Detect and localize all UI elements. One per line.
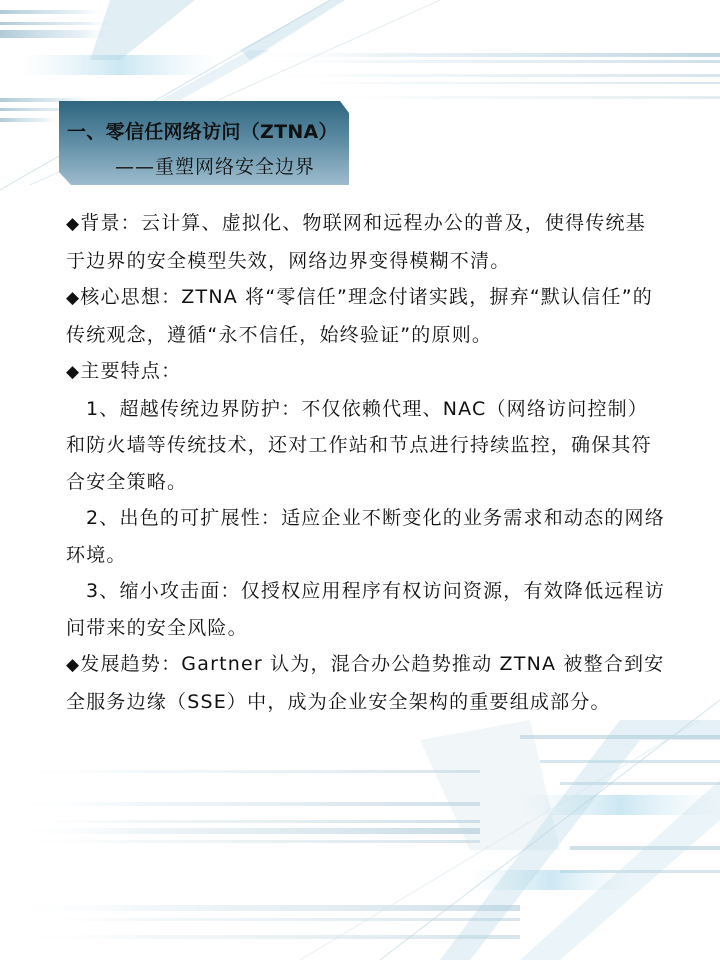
paragraph-text: 云计算、虚拟化、物联网和远程办公的普及，使得传统基于边界的安全模型失效，网络边界…: [66, 212, 646, 272]
section-title: 一、零信任网络访问（ZTNA）: [67, 117, 338, 144]
section-subtitle: ——重塑网络安全边界: [115, 152, 315, 179]
paragraph-label: 发展趋势：: [80, 653, 181, 675]
feature-number: 3、: [86, 580, 120, 602]
feature-label: 超越传统边界防护：: [120, 398, 302, 420]
feature-item: 3、缩小攻击面：仅授权应用程序有权访问资源，有效降低远程访问带来的安全风险。: [66, 573, 666, 646]
diamond-bullet-icon: ◆: [66, 214, 80, 234]
section-title-banner: 一、零信任网络访问（ZTNA） ——重塑网络安全边界: [59, 101, 349, 185]
paragraph-features-heading: ◆主要特点：: [66, 353, 666, 391]
feature-item: 1、超越传统边界防护：不仅依赖代理、NAC（网络访问控制）和防火墙等传统技术，还…: [66, 391, 666, 501]
paragraph-core-idea: ◆核心思想：ZTNA 将“零信任”理念付诸实践，摒弃“默认信任”的传统观念，遵循…: [66, 279, 666, 353]
feature-label: 出色的可扩展性：: [120, 507, 282, 529]
paragraph-label: 核心思想：: [80, 286, 181, 308]
paragraph-background: ◆背景：云计算、虚拟化、物联网和远程办公的普及，使得传统基于边界的安全模型失效，…: [66, 205, 666, 279]
diamond-bullet-icon: ◆: [66, 362, 80, 382]
diamond-bullet-icon: ◆: [66, 655, 80, 675]
feature-number: 2、: [86, 507, 120, 529]
feature-item: 2、出色的可扩展性：适应企业不断变化的业务需求和动态的网络环境。: [66, 500, 666, 573]
feature-label: 缩小攻击面：: [120, 580, 241, 602]
feature-number: 1、: [86, 398, 120, 420]
paragraph-label: 主要特点：: [80, 360, 181, 382]
diamond-bullet-icon: ◆: [66, 288, 80, 308]
article-body: ◆背景：云计算、虚拟化、物联网和远程办公的普及，使得传统基于边界的安全模型失效，…: [66, 205, 666, 720]
paragraph-trend: ◆发展趋势：Gartner 认为，混合办公趋势推动 ZTNA 被整合到安全服务边…: [66, 646, 666, 720]
paragraph-label: 背景：: [80, 212, 141, 234]
